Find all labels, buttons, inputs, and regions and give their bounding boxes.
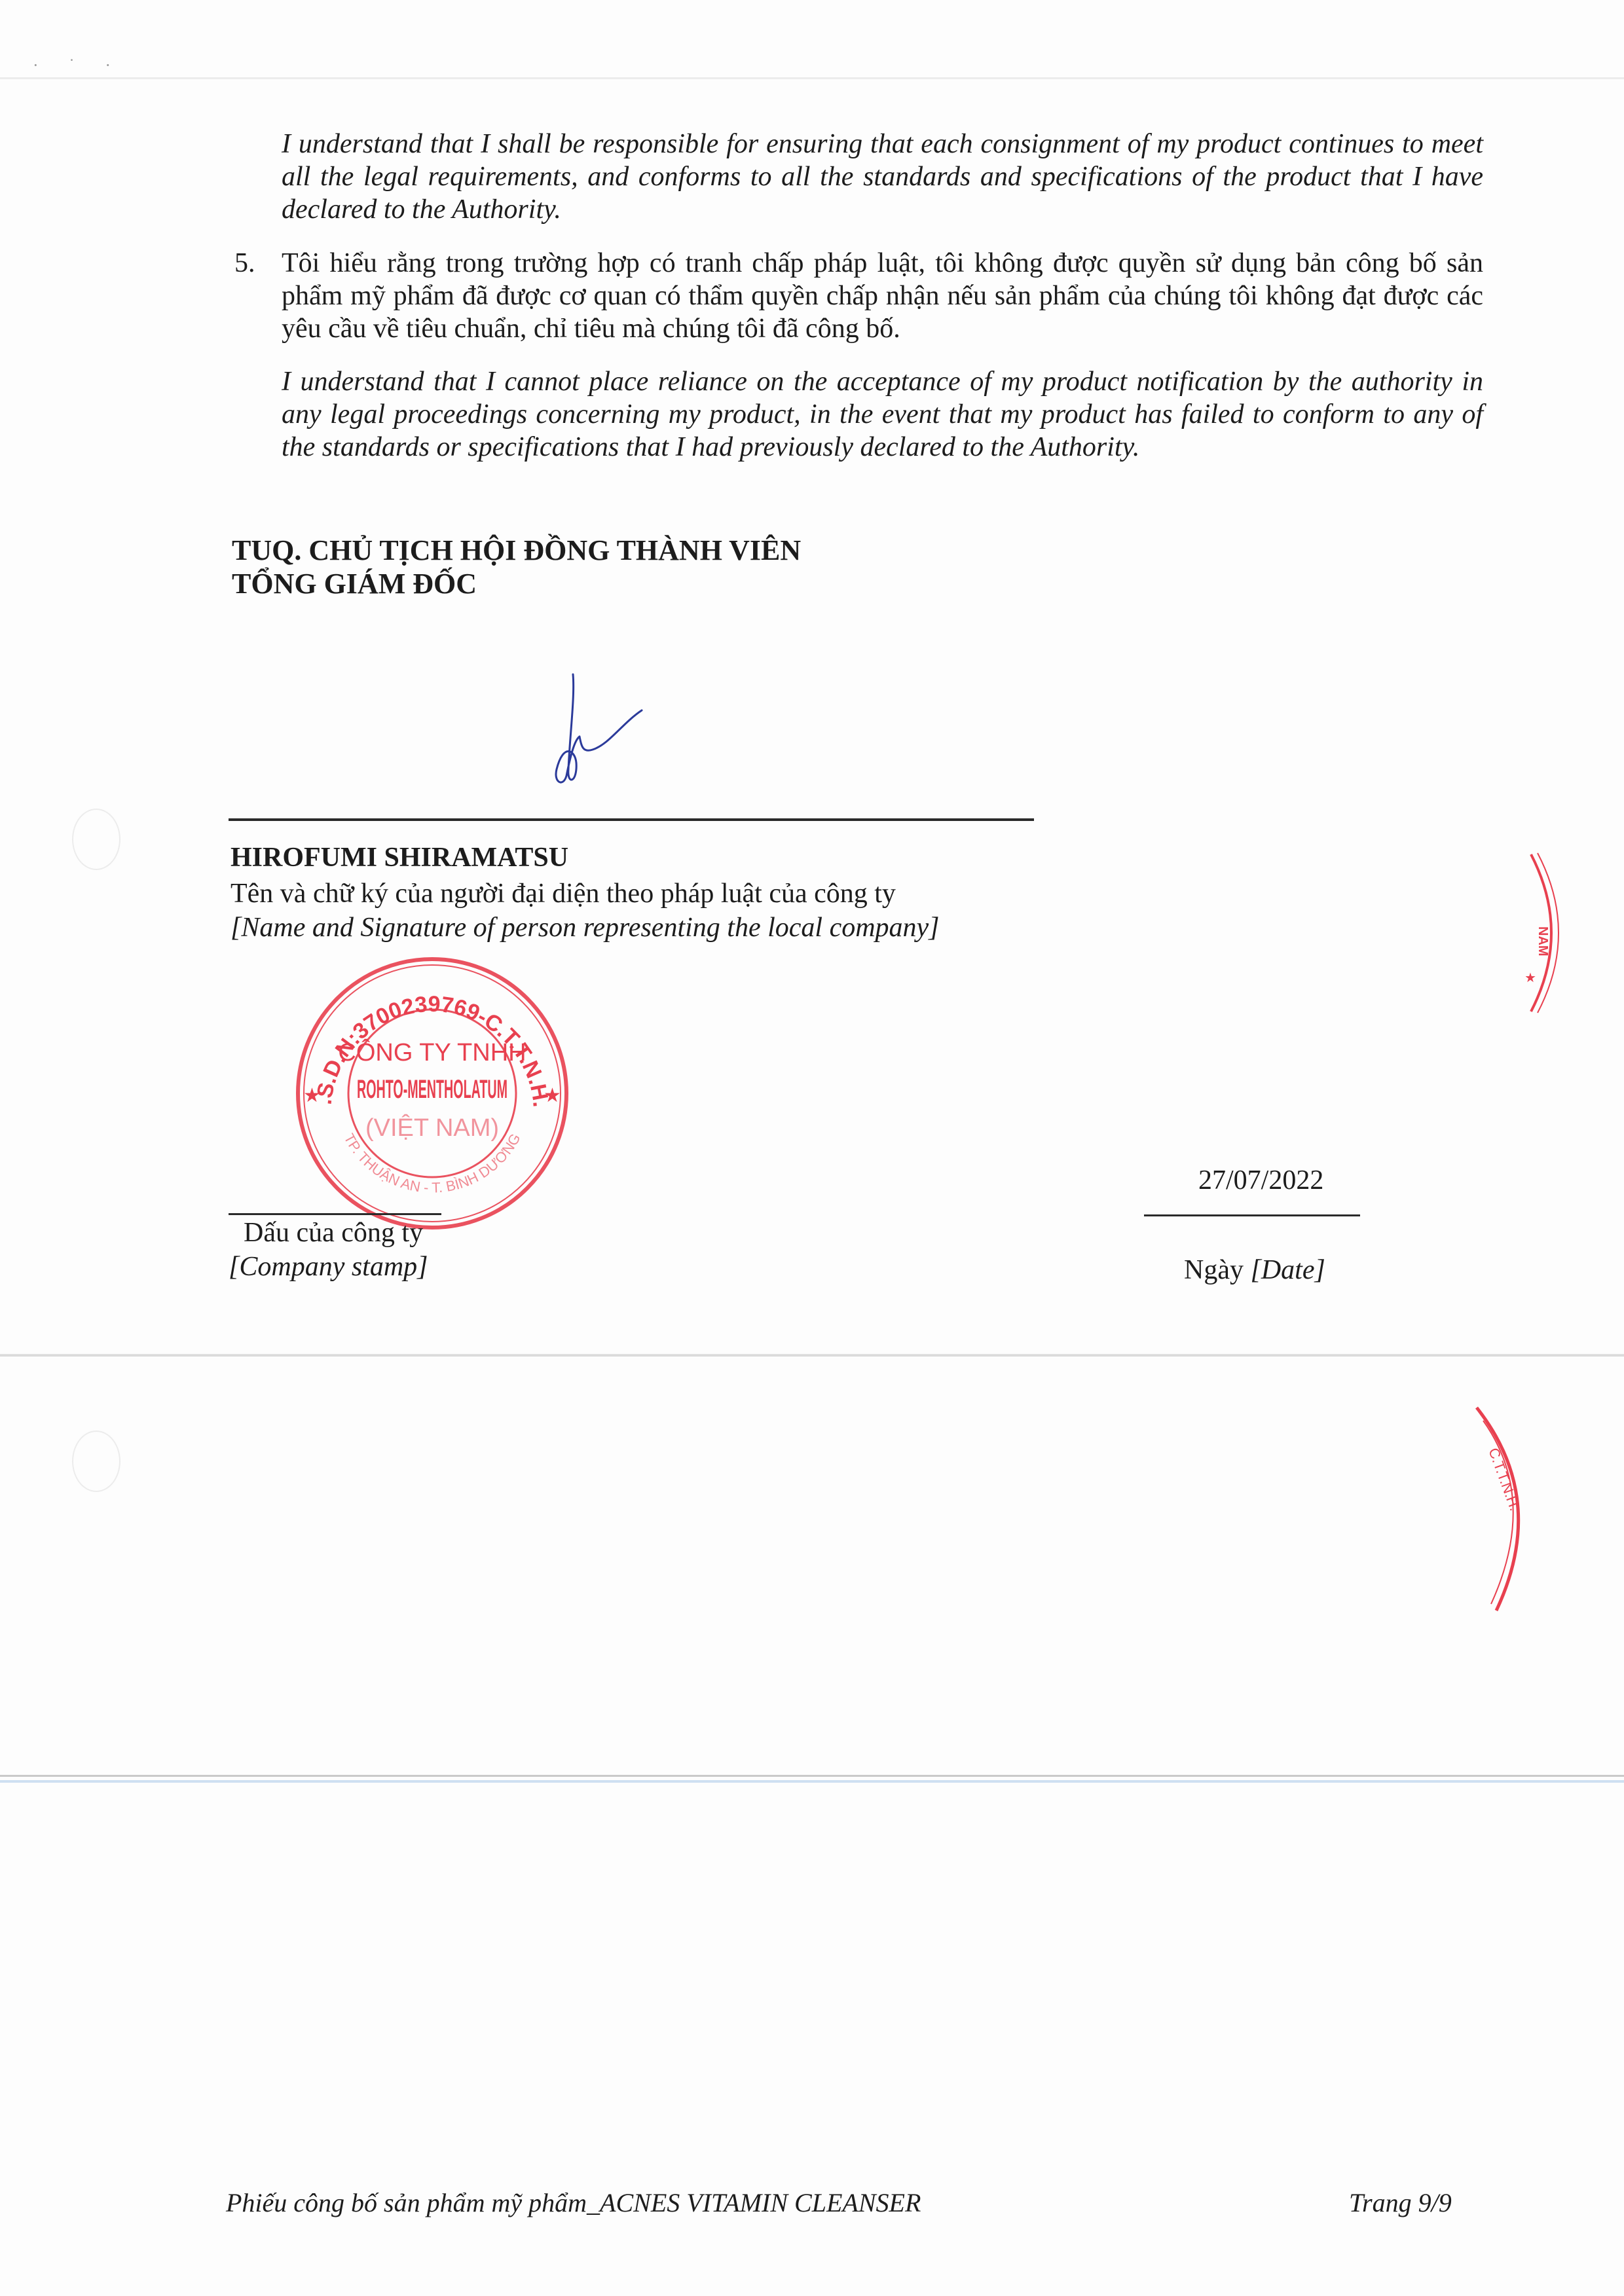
date-label: Ngày [Date] [1184, 1254, 1325, 1286]
svg-text:★: ★ [1526, 971, 1536, 985]
date-line [1144, 1214, 1360, 1216]
item5-vietnamese-text: Tôi hiểu rằng trong trường hợp có tranh … [282, 247, 1483, 345]
stamp-label-vietnamese: Dấu của công ty [244, 1216, 423, 1249]
footer-document-title: Phiếu công bố sản phẩm mỹ phẩm_ACNES VIT… [226, 2187, 921, 2219]
item-number: 5. [234, 247, 255, 280]
scan-marks: · ˙ · [33, 56, 124, 75]
signature-line [229, 818, 1034, 821]
signer-name: HIROFUMI SHIRAMATSU [231, 841, 568, 874]
date-label-english: [Date] [1250, 1255, 1325, 1285]
stamp-line [229, 1213, 441, 1215]
item5-english-text: I understand that I cannot place relianc… [282, 365, 1483, 464]
stamp-fragment-edge: NAM ★ [1526, 848, 1585, 1018]
signer-title-line1: TUQ. CHỦ TỊCH HỘI ĐỒNG THÀNH VIÊN [232, 534, 801, 567]
scan-edge-line [0, 77, 1624, 79]
stamp-fragment-edge: C.T.T.N.H. [1470, 1401, 1549, 1617]
handwritten-signature [537, 671, 694, 789]
page-fold-line [0, 1780, 1624, 1783]
item4-english-text: I understand that I shall be responsible… [282, 128, 1483, 226]
svg-text:★: ★ [544, 1085, 561, 1106]
stamp-label-english: [Company stamp] [229, 1250, 428, 1283]
svg-text:CÔNG TY TNHH: CÔNG TY TNHH [338, 1038, 526, 1066]
svg-text:C.T.T.N.H.: C.T.T.N.H. [1485, 1446, 1523, 1513]
page-fold-line [0, 1354, 1624, 1357]
svg-text:(VIỆT NAM): (VIỆT NAM) [365, 1114, 499, 1142]
name-label-english: [Name and Signature of person representi… [231, 911, 940, 944]
svg-text:★: ★ [303, 1085, 321, 1106]
company-stamp: M.S.D.N:3700239769-C.T.T.N.H.H TP. THUẬN… [291, 953, 573, 1234]
punch-hole [72, 809, 120, 870]
page-number: Trang 9/9 [1349, 2187, 1452, 2219]
punch-hole [72, 1430, 120, 1492]
date-value: 27/07/2022 [1198, 1164, 1323, 1197]
svg-text:NAM: NAM [1536, 926, 1550, 957]
signer-title-line2: TỔNG GIÁM ĐỐC [232, 567, 477, 600]
svg-text:ROHTO-MENTHOLATUM: ROHTO-MENTHOLATUM [357, 1075, 507, 1104]
name-label-vietnamese: Tên và chữ ký của người đại diện theo ph… [231, 877, 896, 910]
page-fold-line [0, 1775, 1624, 1777]
date-label-vietnamese: Ngày [1184, 1255, 1244, 1285]
